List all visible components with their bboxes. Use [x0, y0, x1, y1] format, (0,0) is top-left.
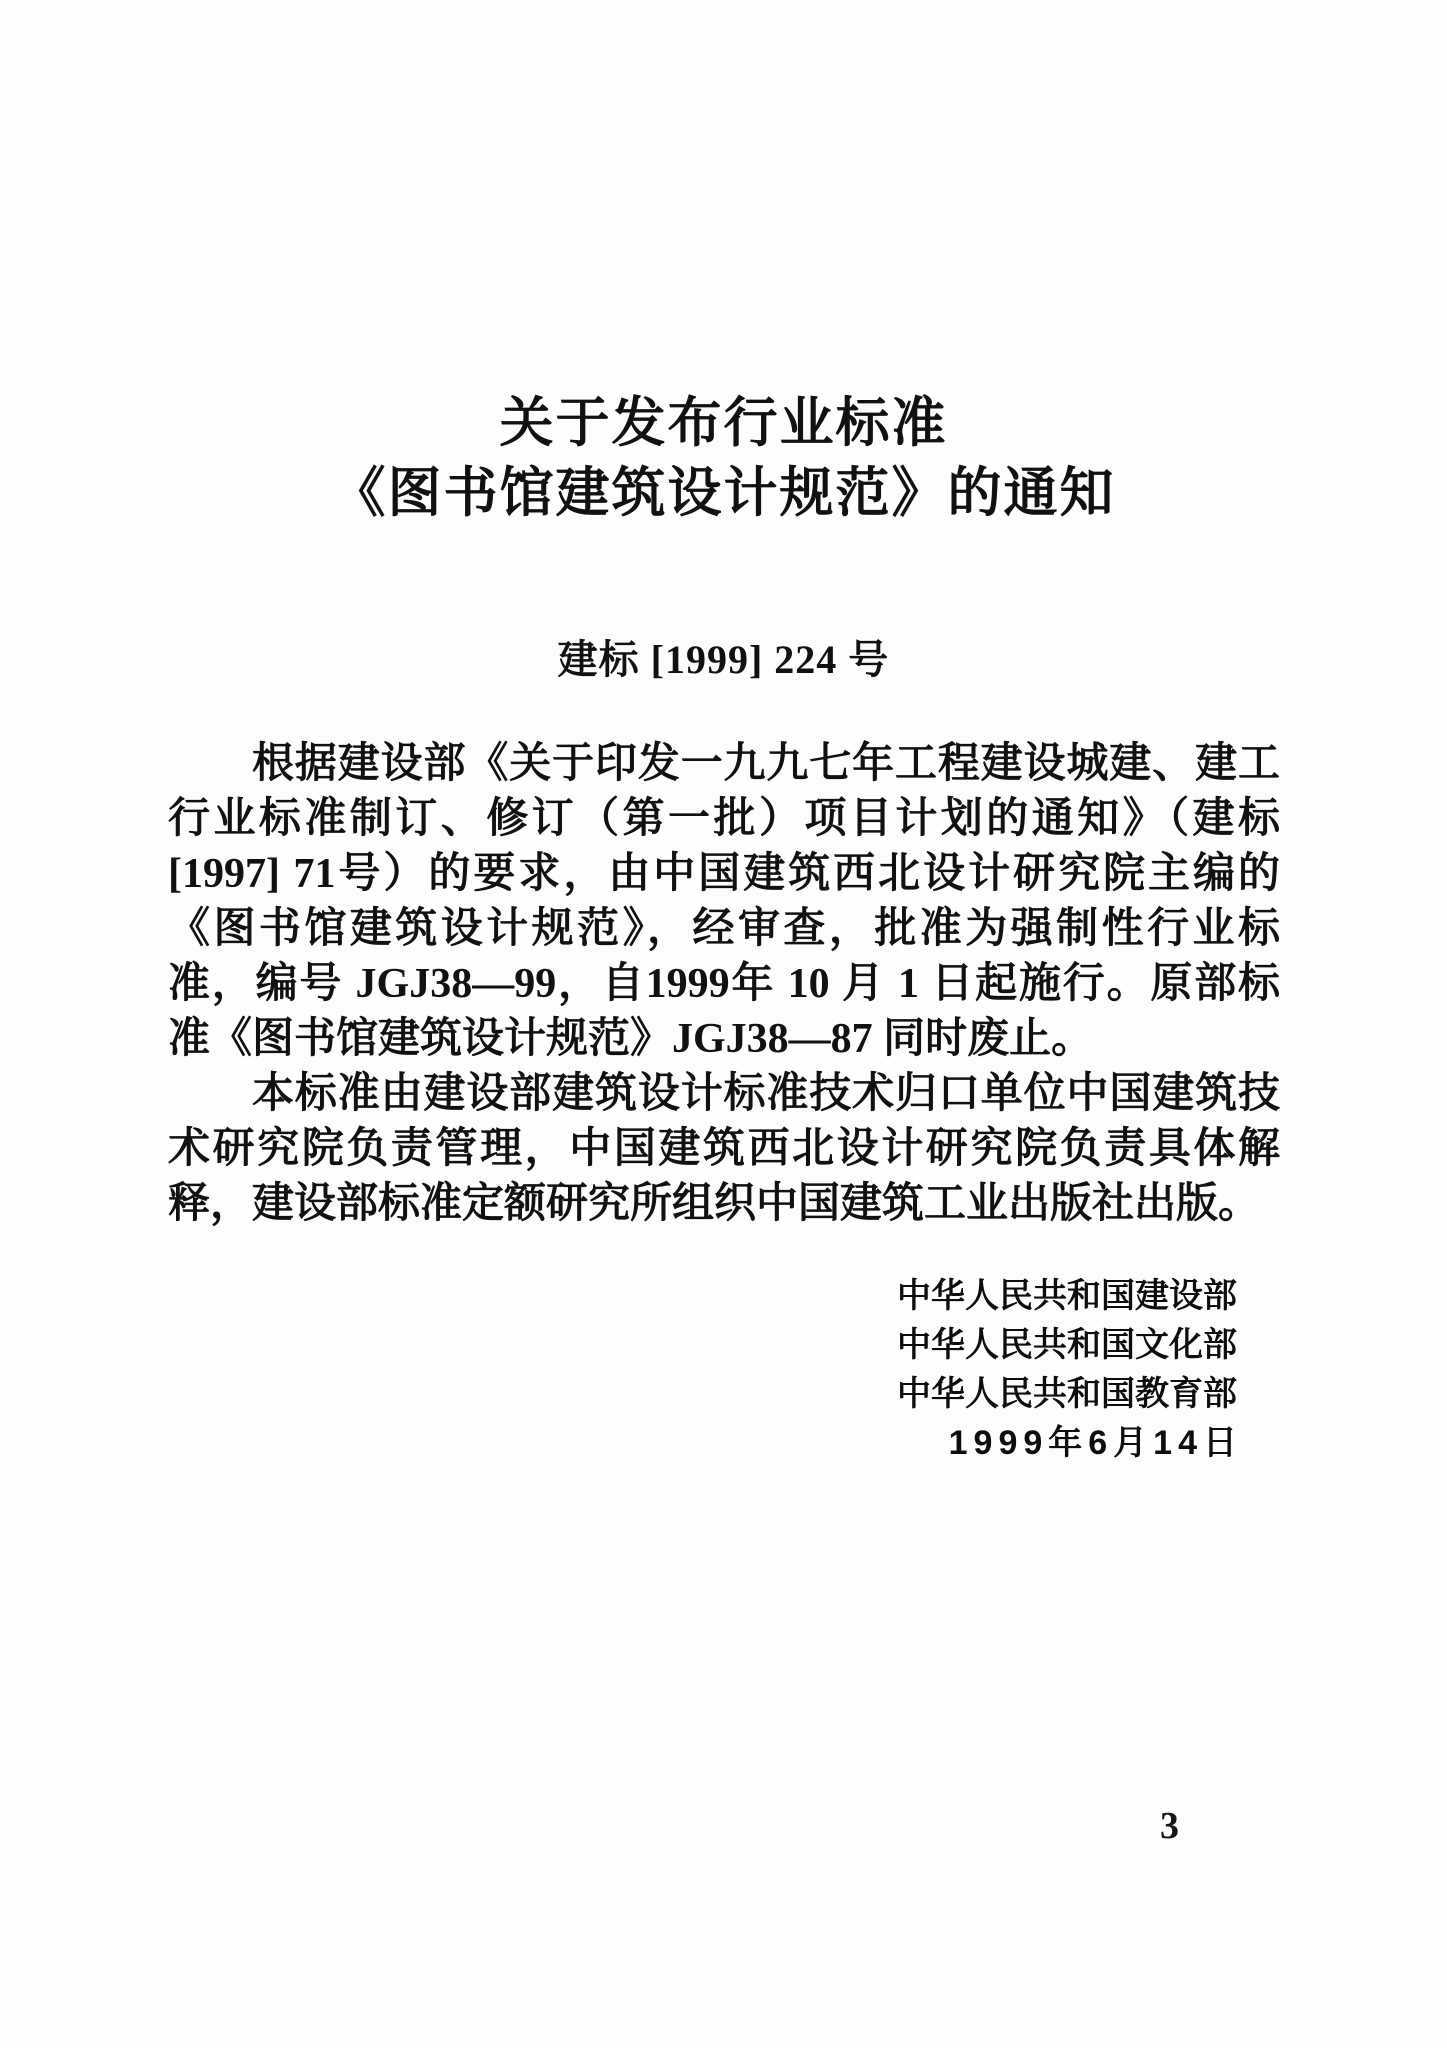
- page-number: 3: [1160, 1804, 1179, 1848]
- notice-title-line1: 关于发布行业标准: [0, 388, 1447, 458]
- body-paragraph-1: 根据建设部《关于印发一九九七年工程建设城建、建工行业标准制订、修订（第一批）项目…: [168, 737, 1280, 1067]
- signature-date: 1999年6月14日: [897, 1419, 1243, 1468]
- signature-ministry-education: 中华人民共和国教育部: [897, 1370, 1237, 1419]
- document-page: 关于发布行业标准 《图书馆建筑设计规范》的通知 建标 [1999] 224 号 …: [0, 0, 1447, 2048]
- body-paragraph-2: 本标准由建设部建筑设计标准技术归口单位中国建筑技术研究院负责管理，中国建筑西北设…: [168, 1067, 1280, 1232]
- notice-title: 关于发布行业标准 《图书馆建筑设计规范》的通知: [0, 388, 1447, 528]
- signature-block: 中华人民共和国建设部 中华人民共和国文化部 中华人民共和国教育部 1999年6月…: [897, 1272, 1237, 1468]
- signature-ministry-culture: 中华人民共和国文化部: [897, 1321, 1237, 1370]
- signature-ministry-construction: 中华人民共和国建设部: [897, 1272, 1237, 1321]
- document-number: 建标 [1999] 224 号: [0, 628, 1447, 685]
- notice-title-line2: 《图书馆建筑设计规范》的通知: [0, 458, 1447, 528]
- notice-body: 根据建设部《关于印发一九九七年工程建设城建、建工行业标准制订、修订（第一批）项目…: [168, 737, 1280, 1232]
